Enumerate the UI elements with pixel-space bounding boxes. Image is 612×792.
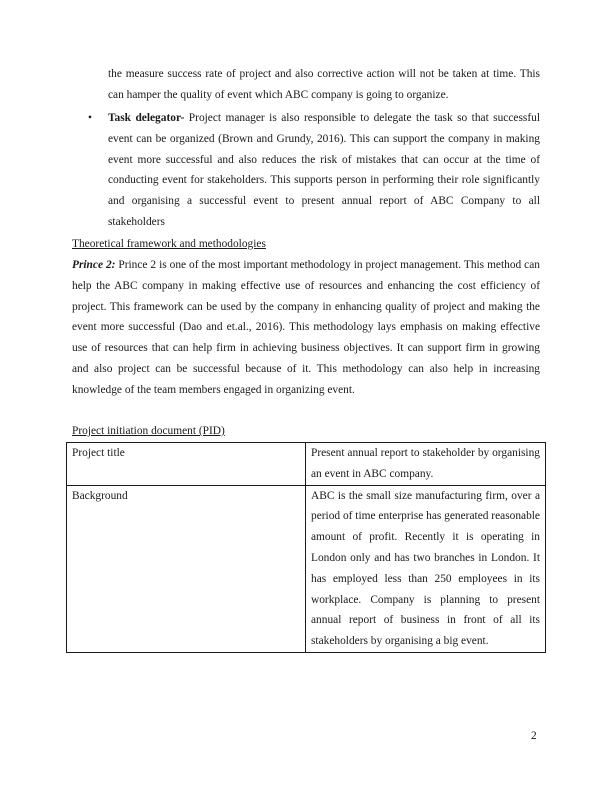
table-row: Background ABC is the small size manufac… xyxy=(67,485,546,652)
table-cell-value: Present annual report to stakeholder by … xyxy=(306,443,546,486)
table-row: Project title Present annual report to s… xyxy=(67,443,546,486)
section-heading-pid: Project initiation document (PID) xyxy=(72,421,225,442)
page-number: 2 xyxy=(531,730,537,742)
table-cell-value: ABC is the small size manufacturing firm… xyxy=(306,485,546,652)
table-cell-key: Project title xyxy=(67,443,306,486)
bullet-text: Project manager is also responsible to d… xyxy=(108,112,540,228)
table-cell-key: Background xyxy=(67,485,306,652)
bullet-icon: • xyxy=(88,108,92,129)
bullet-term: Task delegator- xyxy=(108,112,184,124)
prince2-text: Prince 2 is one of the most important me… xyxy=(72,259,540,396)
bullet-task-delegator: Task delegator- Project manager is also … xyxy=(108,108,540,233)
prince2-term: Prince 2: xyxy=(72,259,115,271)
pid-table: Project title Present annual report to s… xyxy=(66,442,546,653)
document-page: the measure success rate of project and … xyxy=(0,0,612,792)
section-heading-theoretical-framework: Theoretical framework and methodologies xyxy=(72,234,266,255)
prince2-paragraph: Prince 2: Prince 2 is one of the most im… xyxy=(72,255,540,401)
continuation-paragraph: the measure success rate of project and … xyxy=(108,64,540,106)
